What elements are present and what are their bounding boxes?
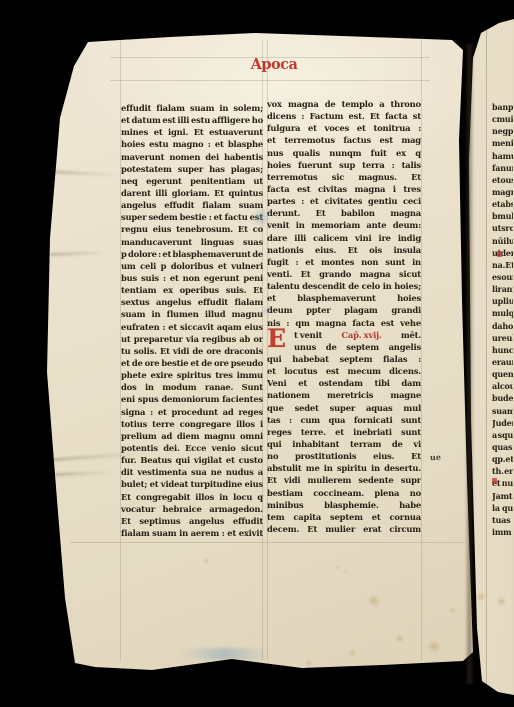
text-line: ureul [492, 333, 513, 345]
text-line: queni [492, 369, 513, 381]
text-line: derunt.Etbabilonmagna [267, 208, 421, 220]
text-line: eufraten:etsiccavitaqameius [121, 322, 263, 334]
offset-text-fragment: ue [430, 452, 441, 463]
text-line: signa:etproceduntadreges [121, 407, 263, 419]
text-block: voxmagnadetemploathronodicens:Factumest.… [267, 99, 421, 330]
text-line: bestiamcoccineam.plenano [267, 488, 421, 500]
text-line: talentudescenditdeceloinhoies; [267, 281, 421, 293]
text-line: neqegeruntpenitentiamut [121, 176, 263, 188]
chapter-line-post: mēt. [401, 330, 421, 340]
stain [426, 641, 442, 652]
text-line: noprostitutioniseius.Et [267, 451, 421, 463]
text-line: partes:etcivitatesgentiuceci [267, 196, 421, 208]
fore-edge-rubric-mark [492, 478, 497, 484]
text-line: Venietostendamtibidam [267, 378, 421, 390]
text-line: etblasphemaverunthoies [267, 293, 421, 305]
text-line: temcapitaseptemetcornua [267, 512, 421, 524]
stain [344, 569, 348, 573]
text-line: venti.Etgrandomagnasicut [267, 269, 421, 281]
bottom-edge-tint [160, 648, 290, 660]
stain [497, 597, 506, 606]
stain [305, 660, 312, 666]
text-line: fur.Beatusquivigilatetcusto [121, 455, 263, 467]
text-block: quihabebatseptemfialas:etlocutusestmecum… [267, 354, 421, 536]
next-leaf-fold-line [486, 24, 487, 684]
text-line: decem.Etmuliereratcircum [267, 524, 421, 536]
text-line: eraun [492, 357, 513, 369]
ink-smudge-blue [249, 209, 273, 226]
text-line: Juder [492, 418, 513, 430]
text-line: darentilligloriam.Etquintus [121, 188, 263, 200]
text-line: hoiesfueruntsupterra:talis [267, 160, 421, 172]
stain [368, 594, 380, 608]
fore-edge-text-column: banpucmuinnegplameninhamulfanumetousmagn… [492, 102, 513, 539]
parchment-crease [48, 170, 120, 177]
text-line: uplius [492, 296, 513, 308]
stain [476, 592, 486, 601]
stain [203, 558, 209, 564]
text-line: mulq [492, 308, 513, 320]
text-line: Etseptimusangeluseffudit [121, 516, 263, 528]
text-line: fialamsuaminaerem:etexivit [121, 528, 263, 540]
text-line: terremotussicmagnus.Et [267, 172, 421, 184]
text-line: potentisdei.Ecceveniosicut [121, 443, 263, 455]
text-line: Etvidimulieremsedentesupr [267, 475, 421, 487]
text-line: voxmagnadetemploathrono [267, 99, 421, 111]
text-line: qp.et [492, 454, 513, 466]
text-line: etdatumestilliestuaffligereho [121, 115, 263, 127]
text-line: laqu [492, 503, 513, 515]
text-line: etabst [492, 199, 513, 211]
chapter-rubric: Cap̃. xvij. [341, 330, 381, 340]
text-line: fulguraetvocesettonitrua: [267, 123, 421, 135]
text-line: Etcongregabitillosinlocuq [121, 492, 263, 504]
text-line: imm [492, 527, 513, 539]
text-line: fugit:etmontesnonsuntin [267, 257, 421, 269]
text-line: banpu [492, 102, 513, 114]
text-line: fanum [492, 163, 513, 175]
text-line: pdolore:etblasphemaveruntde [121, 249, 263, 261]
text-line: daho [492, 321, 513, 333]
text-line: lirann [492, 284, 513, 296]
text-line: bude [492, 393, 513, 405]
page-gutter-shadow [465, 44, 474, 684]
text-line: hoiesestumagno:etblasphe [121, 139, 263, 151]
text-line: vocaturhebraicearmagedon. [121, 504, 263, 516]
text-line: hamul [492, 151, 513, 163]
text-line: nationiseius.Etoisinsula [267, 245, 421, 257]
text-line: dicens:Factumest.Etfactast [267, 111, 421, 123]
text-line: nūilu [492, 236, 513, 248]
stain [395, 634, 404, 643]
text-line: etdeorebestieetdeorepseudo [121, 358, 263, 370]
text-line: supersedembestie:etfactuest [121, 212, 263, 224]
text-line: totiusterrecongregareillosi [121, 419, 263, 431]
text-line: preliumaddiemmagnuomni [121, 431, 263, 443]
text-line: tentiamexoperibussuis.Et [121, 285, 263, 297]
text-line: asqu [492, 430, 513, 442]
text-line: quihabebatseptemfialas: [267, 354, 421, 366]
fore-edge-rubric-mark [497, 251, 502, 257]
text-line: manducaveruntlinguassuas [121, 237, 263, 249]
stain [449, 607, 456, 614]
text-line: suaminflumenilludmagnu [121, 309, 263, 321]
text-line: nusqualisnunqmfuitexq [267, 148, 421, 160]
text-line: venitinmemoriamantedeum: [267, 220, 421, 232]
text-column-right: voxmagnadetemploathronodicens:Factumest.… [267, 99, 421, 536]
text-line: bmul [492, 211, 513, 223]
text-line: magnu [492, 187, 513, 199]
text-line: etous [492, 175, 513, 187]
text-line: dosinmodumranae.Sunt [121, 382, 263, 394]
text-line: etterremotusfactusestmag [267, 135, 421, 147]
running-title: Apoca [250, 56, 298, 73]
text-line: bussuis:etnonegeruntpeni [121, 273, 263, 285]
text-line: ditvestimentasuanenudusa [121, 467, 263, 479]
text-line: bulet;etvideatturpitudineeius [121, 479, 263, 491]
ruling-line-horizontal [110, 80, 430, 81]
text-line: alcou [492, 381, 513, 393]
text-line: sextusangeluseffuditfialam [121, 297, 263, 309]
parchment-crease [55, 471, 115, 476]
text-line: etlocutusestmecumdicens. [267, 366, 421, 378]
text-line: menin [492, 138, 513, 150]
text-line: suam [492, 406, 513, 418]
text-line: cmuin [492, 114, 513, 126]
text-line: negpla [492, 126, 513, 138]
ruling-line-horizontal [70, 542, 465, 543]
text-line: esoum [492, 272, 513, 284]
drop-cap-initial-E: E [267, 328, 293, 352]
parchment-crease [50, 251, 110, 256]
text-line: angeluseffuditfialamsuam [121, 200, 263, 212]
chapter-line-pre: t venit [294, 330, 322, 340]
text-line: dareillicalicemviniireindig [267, 233, 421, 245]
stain [335, 565, 340, 570]
text-line: abstulitmeinspirituindesertu. [267, 463, 421, 475]
text-line: utprepareturviaregibusabor [121, 334, 263, 346]
text-line: factaestcivitasmagnaitres [267, 184, 421, 196]
text-line: maveruntnomendeihabentis [121, 152, 263, 164]
ruling-line-vertical [421, 40, 422, 660]
text-line: pheteexirespiritustresimmu [121, 370, 263, 382]
text-line: quesedetsuperaquasmul [267, 403, 421, 415]
text-line: tuas [492, 515, 513, 527]
text-line: potestatemsuperhasplagas; [121, 164, 263, 176]
text-line: enispusdemoniorumfacientes [121, 394, 263, 406]
text-line: nationemmeretricismagne [267, 390, 421, 402]
text-line: regnueiustenebrosum.Etco [121, 224, 263, 236]
manuscript-page: Apoca effuditfialamsuaminsolem;etdatumes… [0, 0, 514, 707]
text-line: na.Et [492, 260, 513, 272]
text-line: deumppterplagamgrandi [267, 305, 421, 317]
text-line: uidem [492, 248, 513, 260]
text-line: tas:cumquafornicatisunt [267, 415, 421, 427]
text-line: hunct [492, 345, 513, 357]
stain [349, 649, 357, 657]
text-line: Jamt [492, 491, 513, 503]
text-line: tusolis.Etvidideoredraconis [121, 346, 263, 358]
text-column-left: effuditfialamsuaminsolem;etdatumestillie… [121, 103, 263, 540]
text-line: minibusblasphemie.habe [267, 500, 421, 512]
text-line: effuditfialamsuaminsolem; [121, 103, 263, 115]
text-line: minesetigni.Etestuaverunt [121, 127, 263, 139]
text-line: regesterre.etinebriatisunt [267, 427, 421, 439]
text-line: quas [492, 442, 513, 454]
text-line: th.er [492, 466, 513, 478]
text-line: umcelipdoloribusetvulneri [121, 261, 263, 273]
text-line: utsrou [492, 223, 513, 235]
ink-smudge-blue [260, 308, 272, 314]
text-line: quiinhabitantterramdevi [267, 439, 421, 451]
